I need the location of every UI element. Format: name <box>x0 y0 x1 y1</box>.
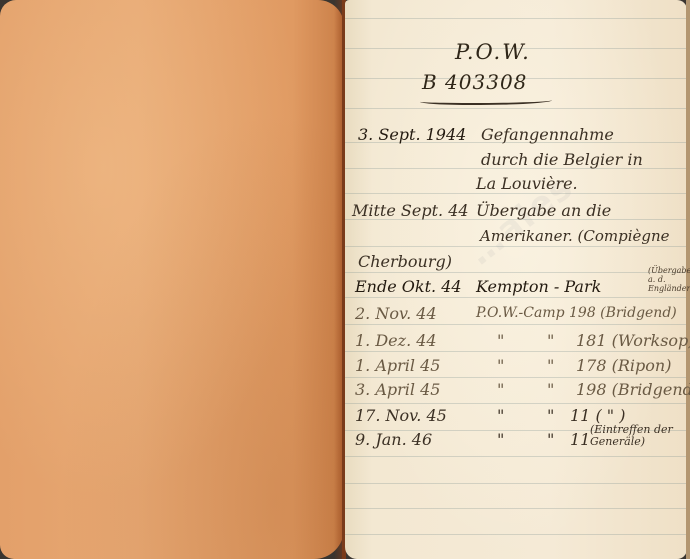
entry-text: La Louvière. <box>476 176 578 192</box>
ditto-mark: " <box>547 358 554 374</box>
page-heading: P.O.W. <box>455 42 531 63</box>
entry-date: Ende Okt. 44 <box>355 279 462 295</box>
ruled-line <box>345 324 687 325</box>
ruled-line <box>345 508 687 509</box>
entry-date: 17. Nov. 45 <box>355 408 447 424</box>
entry-text: 178 (Ripon) <box>576 358 671 374</box>
ruled-line <box>345 483 687 484</box>
ditto-mark: " <box>497 333 504 349</box>
ruled-line <box>345 403 687 404</box>
ruled-line <box>345 18 687 19</box>
ruled-line <box>345 297 687 298</box>
ditto-mark: " <box>547 333 554 349</box>
ruled-line <box>345 377 687 378</box>
pow-number: B 403308 <box>422 72 527 92</box>
entry-date: 1. Dez. 44 <box>355 333 437 349</box>
ditto-mark: " <box>497 358 504 374</box>
ditto-mark: " <box>497 432 504 448</box>
ruled-line <box>345 193 687 194</box>
entry-text: Amerikaner. (Compiègne <box>480 229 670 244</box>
ruled-line <box>345 456 687 457</box>
ditto-mark: " <box>497 408 504 424</box>
open-notebook: …ales P.O.W. B 403308 3. Sept. 1944 Gefa… <box>0 0 690 559</box>
entry-date: 9. Jan. 46 <box>355 432 432 448</box>
entry-text: 181 (Worksop) <box>576 333 690 349</box>
ruled-line <box>345 534 687 535</box>
entry-text: Cherbourg) <box>358 254 452 270</box>
ruled-line <box>345 272 687 273</box>
entry-date: 2. Nov. 44 <box>355 306 437 322</box>
ditto-mark: " <box>547 382 554 398</box>
ditto-mark: " <box>497 382 504 398</box>
entry-text: durch die Belgier in <box>481 152 643 168</box>
entry-text: Gefangennahme <box>481 127 614 143</box>
entry-text: Übergabe an die <box>476 203 611 219</box>
entry-text: 198 (Bridgend) <box>576 382 690 398</box>
entry-text: P.O.W.-Camp 198 (Bridgend) <box>476 306 677 320</box>
ruled-line <box>345 351 687 352</box>
entry-date: Mitte Sept. 44 <box>352 203 469 219</box>
entry-text: 11 ( " ) <box>570 408 625 424</box>
entry-note: (Eintreffen der Generäle) <box>590 424 682 448</box>
entry-date: 3. Sept. 1944 <box>358 127 466 143</box>
ruled-line <box>345 108 687 109</box>
entry-text: Kempton - Park <box>476 279 601 295</box>
entry-note: (Übergabe a. d. Engländer) <box>648 266 688 293</box>
left-page-cover <box>0 0 344 559</box>
entry-date: 3. April 45 <box>355 382 440 398</box>
ditto-mark: " <box>547 432 554 448</box>
entry-text: 11 <box>570 432 590 448</box>
entry-date: 1. April 45 <box>355 358 440 374</box>
ditto-mark: " <box>547 408 554 424</box>
